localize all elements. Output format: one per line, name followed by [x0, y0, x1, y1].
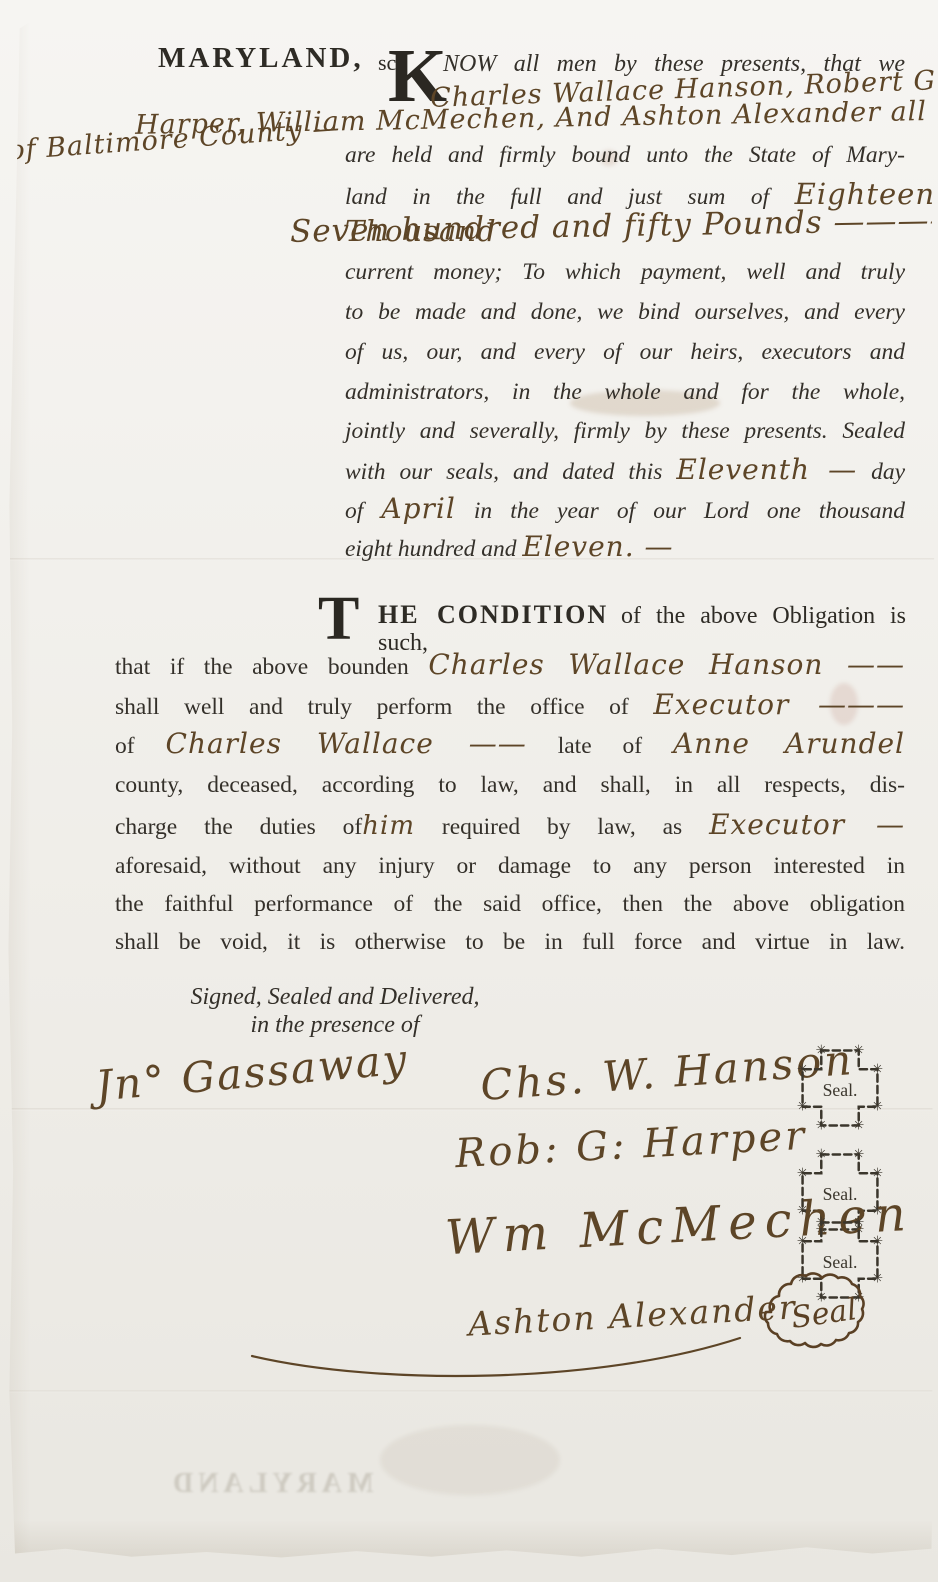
state-title: MARYLAND, [158, 42, 364, 75]
seal-ornament-icon: ✳ [853, 1043, 864, 1059]
condition-line-8: the faithful performance of the said off… [115, 887, 905, 921]
handwritten-month: April [381, 492, 455, 525]
handwritten-office-2: Executor — [709, 808, 905, 841]
seal-ornament-icon: ✳ [853, 1147, 864, 1163]
bleedthrough-text: MARYLAND [168, 1468, 373, 1500]
signature-harper: Rob: G: Harper [454, 1113, 808, 1177]
seal-ornament-icon: ✳ [816, 1215, 827, 1231]
aging-stain [380, 1425, 560, 1495]
signature-flourish [240, 1326, 760, 1382]
condition-heading-caps: HE CONDITION [378, 600, 608, 629]
obligation-line-9: with our seals, and dated this Eleventh … [345, 453, 905, 489]
seal-ornament-icon: ✳ [872, 1165, 883, 1181]
condition-line-4: of Charles Wallace —— late of Anne Arund… [115, 727, 905, 763]
fold-crease [0, 1390, 938, 1393]
printed-text: of [115, 733, 135, 759]
seal-ornament-icon: ✳ [797, 1165, 808, 1181]
paper-sheet: MARYLAND, sc. K NOW all men by these pre… [0, 0, 938, 1582]
scanned-document-page: MARYLAND, sc. K NOW all men by these pre… [0, 0, 938, 1582]
condition-line-6: charge the duties ofhim required by law,… [115, 808, 905, 844]
condition-line-3: shall well and truly perform the office … [115, 688, 905, 724]
seal-ornament-icon: ✳ [797, 1061, 808, 1077]
obligation-line-10: of April in the year of our Lord one tho… [345, 492, 905, 528]
seal-ornament-icon: ✳ [797, 1233, 808, 1249]
handwritten-year: Eleven. — [522, 530, 673, 563]
handwritten-decedent-county: Anne Arundel [673, 727, 905, 760]
printed-text: of [345, 498, 363, 524]
obligation-line-5: to be made and done, we bind ourselves, … [345, 295, 905, 329]
seal-ornament-icon: ✳ [853, 1215, 864, 1231]
hand-drawn-seal: Seal [756, 1262, 892, 1358]
handwritten-decedent: Charles Wallace —— [166, 727, 527, 760]
condition-line-9: shall be void, it is otherwise to be in … [115, 925, 905, 959]
seal-ornament-icon: ✳ [816, 1043, 827, 1059]
handwritten-day: Eleventh — [676, 453, 857, 486]
seal-ornament-icon: ✳ [816, 1147, 827, 1163]
seal-ornament-icon: ✳ [872, 1099, 883, 1115]
printed-text: shall well and truly perform the office … [115, 694, 629, 720]
obligation-line-7: administrators, in the whole and for the… [345, 375, 905, 409]
printed-text: late of [558, 733, 642, 759]
printed-text: in the year of our Lord one thousand [474, 498, 905, 524]
obligation-line-4: current money; To which payment, well an… [345, 255, 905, 289]
seal-ornament-icon: ✳ [872, 1061, 883, 1077]
seal-label: Seal. [823, 1080, 858, 1100]
handwritten-office-1: Executor ——— [653, 688, 905, 721]
seal-ornament-icon: ✳ [816, 1117, 827, 1133]
obligation-line-11: eight hundred and Eleven. — [345, 530, 905, 566]
seal-ornament-icon: ✳ [872, 1233, 883, 1249]
handwritten-bounden-name: Charles Wallace Hanson —— [428, 648, 905, 681]
attestation-line-2: in the presence of [150, 1008, 520, 1042]
seal-ornament-icon: ✳ [853, 1117, 864, 1133]
printed-text: with our seals, and dated this [345, 459, 662, 485]
printed-text: that if the above bounden [115, 654, 409, 680]
printed-text: day [871, 459, 905, 485]
handwritten-him: him [362, 811, 415, 841]
printed-text: required by law, as [442, 814, 682, 840]
paper-bottom-edge-shadow [0, 1520, 938, 1560]
printed-text: charge the duties of [115, 814, 362, 840]
obligation-line-1: are held and firmly bound unto the State… [345, 138, 905, 172]
paper-left-shadow [0, 0, 30, 1582]
drawn-seal-label: Seal [789, 1292, 859, 1336]
condition-line-5: county, deceased, according to law, and … [115, 768, 905, 802]
condition-line-7: aforesaid, without any injury or damage … [115, 849, 905, 883]
dropcap-t: T [318, 588, 359, 650]
flourish-stroke [252, 1338, 740, 1376]
witness-signature: Jn° Gassaway [93, 1034, 410, 1110]
condition-line-2: that if the above bounden Charles Wallac… [115, 648, 905, 684]
obligation-line-6: of us, our, and every of our heirs, exec… [345, 335, 905, 369]
printed-text: eight hundred and [345, 536, 516, 562]
obligation-line-8: jointly and severally, firmly by these p… [345, 414, 905, 448]
